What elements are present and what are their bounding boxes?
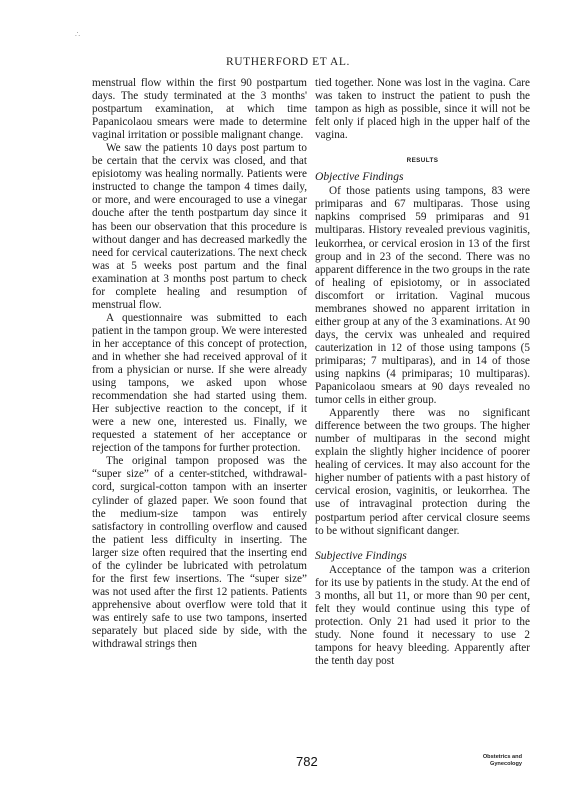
journal-name: Obstetrics and Gynecology xyxy=(483,754,522,767)
paragraph: tied together. None was lost in the vagi… xyxy=(315,77,530,142)
running-head: RUTHERFORD ET AL. xyxy=(0,56,576,68)
paragraph: A questionnaire was submitted to each pa… xyxy=(92,312,307,456)
journal-name-line: Gynecology xyxy=(483,761,522,768)
paragraph: Acceptance of the tampon was a criterion… xyxy=(315,564,530,668)
journal-name-line: Obstetrics and xyxy=(483,754,522,761)
paragraph: We saw the patients 10 days post partum … xyxy=(92,142,307,312)
paragraph: The original tampon proposed was the “su… xyxy=(92,455,307,651)
margin-mark: ∴ xyxy=(75,30,80,39)
paragraph: Of those patients using tampons, 83 were… xyxy=(315,185,530,407)
subheading-objective-findings: Objective Findings xyxy=(315,170,530,183)
paragraph: menstrual flow within the first 90 postp… xyxy=(92,77,307,142)
subheading-subjective-findings: Subjective Findings xyxy=(315,549,530,562)
section-heading-results: RESULTS xyxy=(315,154,530,167)
left-column: menstrual flow within the first 90 postp… xyxy=(92,77,307,651)
paragraph: Apparently there was no significant diff… xyxy=(315,407,530,537)
page-number: 782 xyxy=(296,754,318,769)
right-column: tied together. None was lost in the vagi… xyxy=(315,77,530,668)
